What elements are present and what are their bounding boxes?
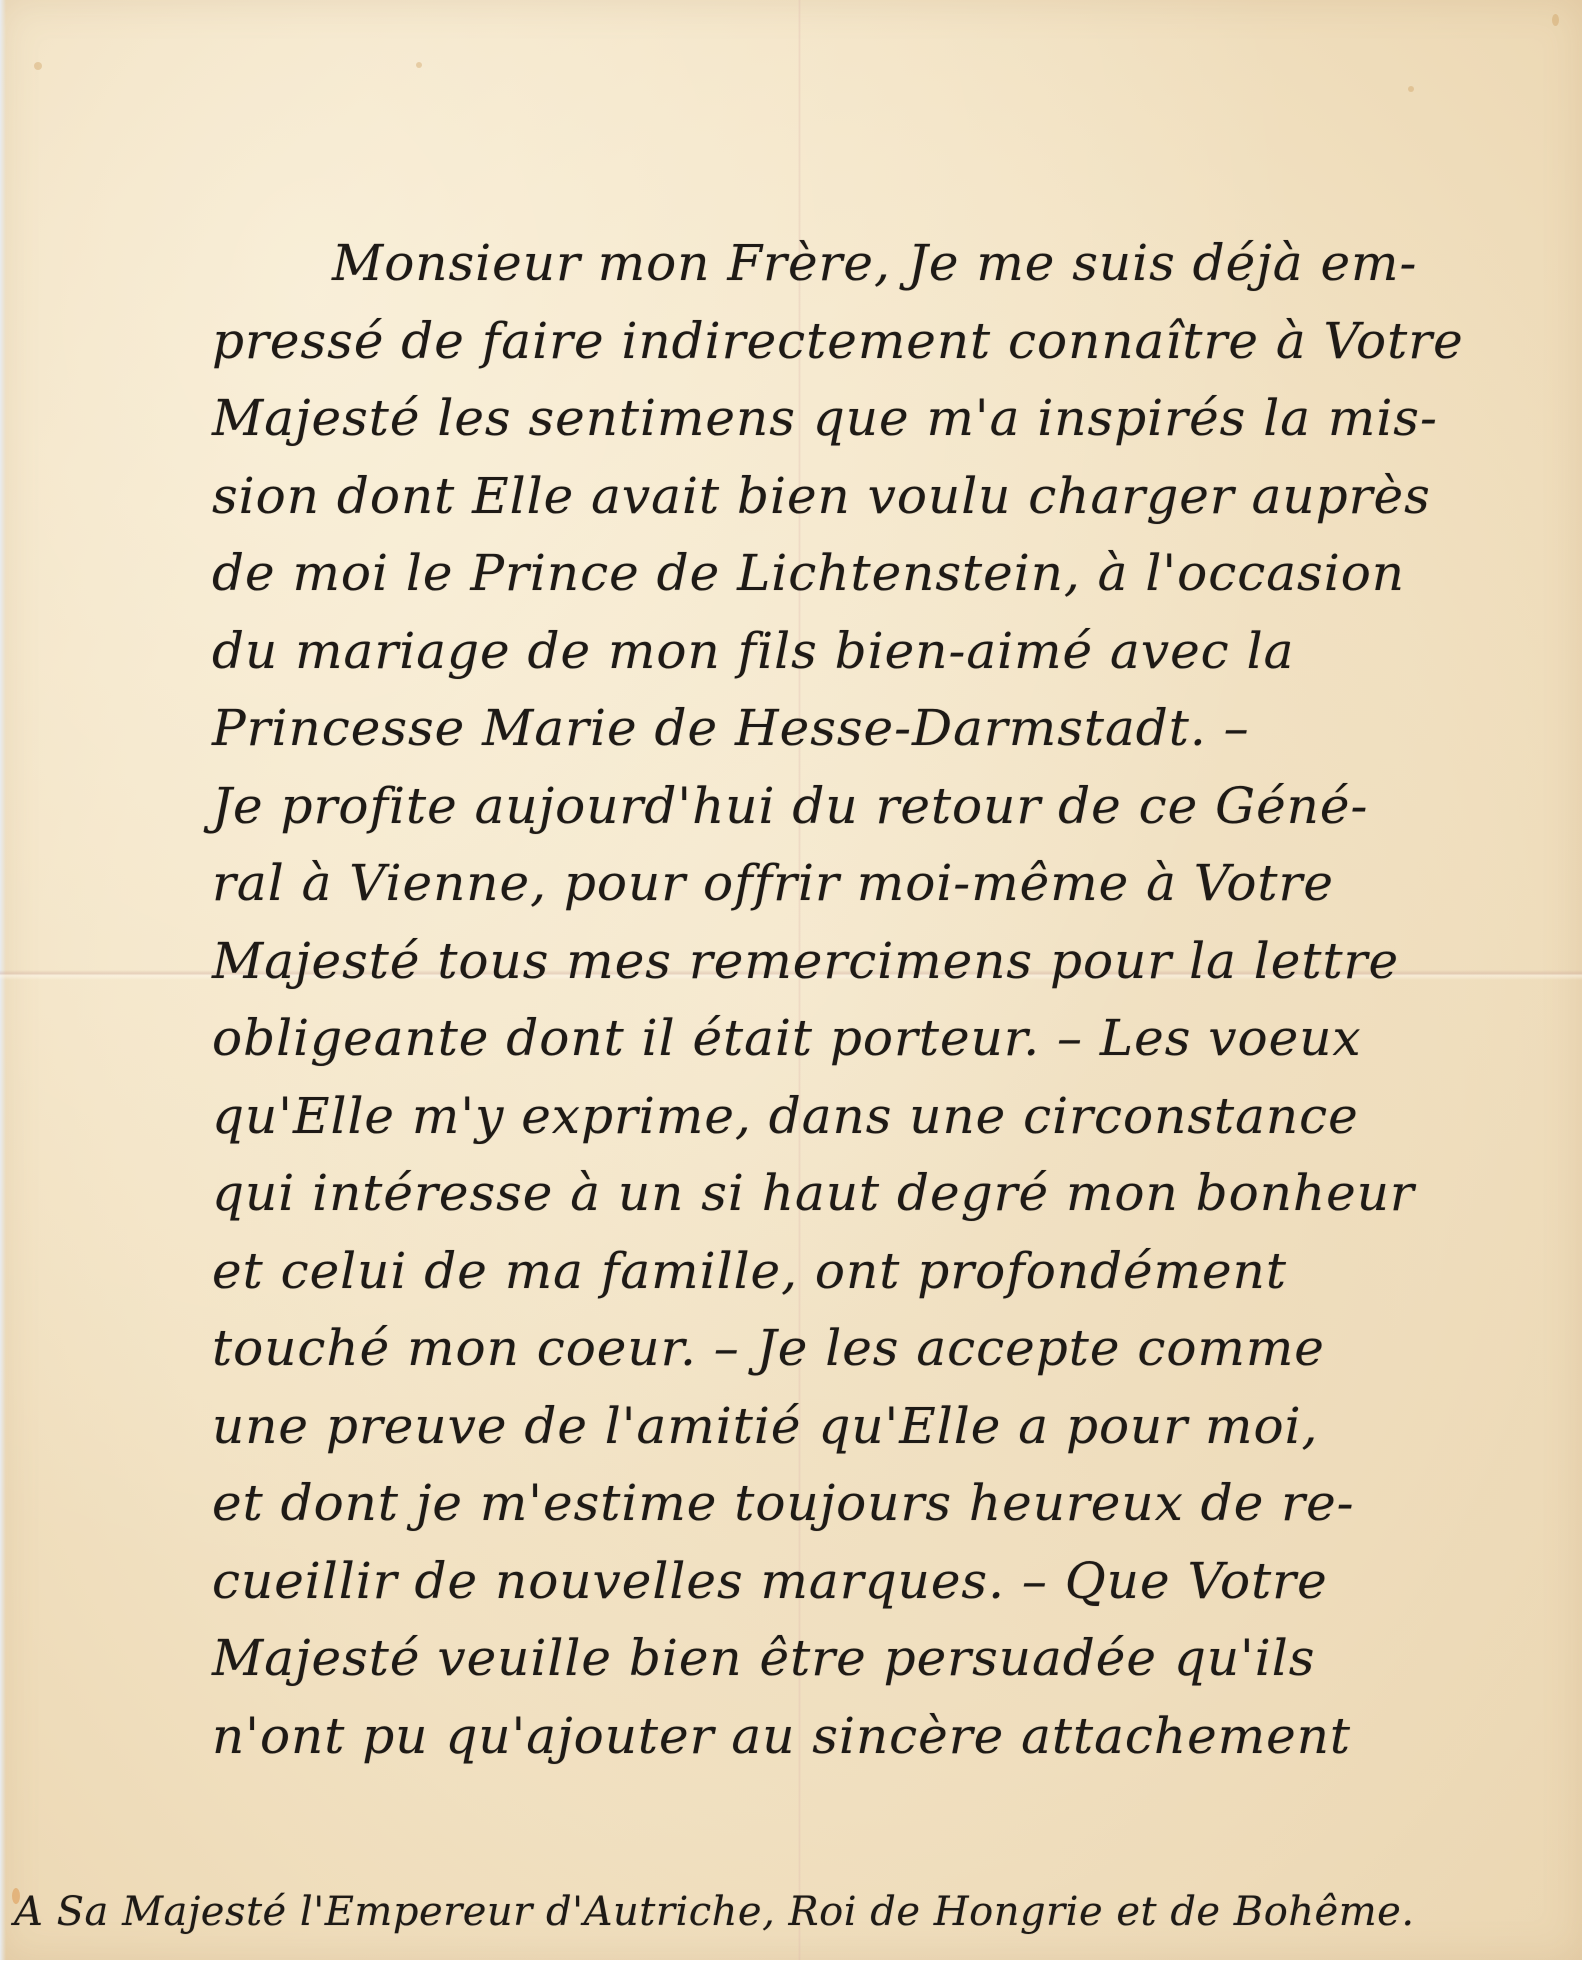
paper-stain [1552, 14, 1559, 26]
letter-line: Majesté tous mes remercimens pour la let… [212, 923, 1572, 1001]
letter-line: une preuve de l'amitié qu'Elle a pour mo… [212, 1388, 1572, 1466]
letter-line: et dont je m'estime toujours heureux de … [212, 1465, 1572, 1543]
paper-stain [1408, 86, 1414, 92]
letter-line: sion dont Elle avait bien voulu charger … [212, 458, 1572, 536]
letter-line: Je profite aujourd'hui du retour de ce G… [212, 768, 1572, 846]
letter-line: qui intéresse à un si haut degré mon bon… [212, 1155, 1572, 1233]
letter-line: Princesse Marie de Hesse-Darmstadt. – [212, 690, 1572, 768]
letter-line: qu'Elle m'y exprime, dans une circonstan… [212, 1078, 1572, 1156]
letter-line: cueillir de nouvelles marques. – Que Vot… [212, 1543, 1572, 1621]
letter-line: de moi le Prince de Lichtenstein, à l'oc… [212, 535, 1572, 613]
letter-line: du mariage de mon fils bien-aimé avec la [212, 613, 1572, 691]
paper-left-edge [0, 0, 6, 1960]
letter-line: touché mon coeur. – Je les accepte comme [212, 1310, 1572, 1388]
letter-line: ral à Vienne, pour offrir moi-même à Vot… [212, 845, 1572, 923]
letter-body: Monsieur mon Frère, Je me suis déjà em- … [212, 225, 1572, 1775]
scan-bottom-margin [0, 1960, 1582, 1966]
paper-stain [34, 62, 42, 70]
recipient-address-line: A Sa Majesté l'Empereur d'Autriche, Roi … [14, 1882, 1415, 1942]
letter-line: Majesté veuille bien être persuadée qu'i… [212, 1620, 1572, 1698]
letter-line: obligeante dont il était porteur. – Les … [212, 1000, 1572, 1078]
letter-line: Majesté les sentimens que m'a inspirés l… [212, 380, 1572, 458]
paper-stain [416, 62, 422, 68]
letter-line: pressé de faire indirectement connaître … [212, 303, 1572, 381]
letter-line-salutation: Monsieur mon Frère, Je me suis déjà em- [212, 225, 1572, 303]
letter-line: n'ont pu qu'ajouter au sincère attacheme… [212, 1698, 1572, 1776]
letter-line: et celui de ma famille, ont profondément [212, 1233, 1572, 1311]
